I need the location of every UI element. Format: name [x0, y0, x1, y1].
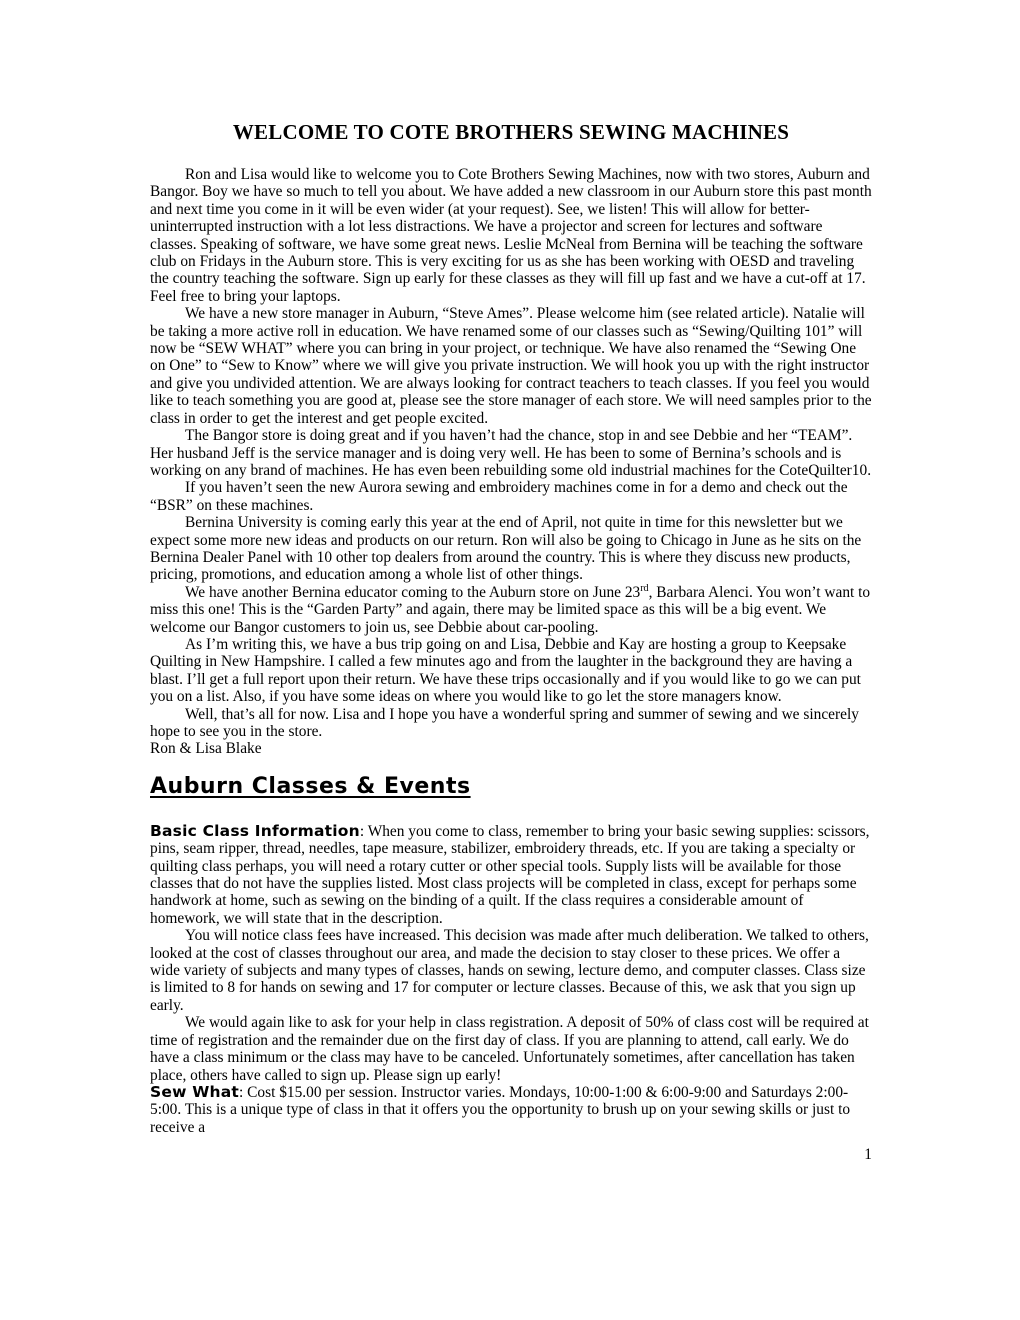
paragraph-store-manager: We have a new store manager in Auburn, “…: [150, 305, 872, 427]
sew-what-text: : Cost $15.00 per session. Instructor va…: [150, 1084, 850, 1136]
paragraph-welcome: Ron and Lisa would like to welcome you t…: [150, 166, 872, 305]
ordinal-superscript: rd: [640, 583, 648, 594]
paragraph-class-fees: You will notice class fees have increase…: [150, 927, 872, 1014]
signature: Ron & Lisa Blake: [150, 740, 872, 757]
sew-what-label: Sew What: [150, 1083, 239, 1101]
paragraph-bernina-educator: We have another Bernina educator coming …: [150, 584, 872, 636]
section-heading-auburn-classes: Auburn Classes & Events: [150, 773, 872, 801]
paragraph-bangor-store: The Bangor store is doing great and if y…: [150, 427, 872, 479]
paragraph-bernina-university: Bernina University is coming early this …: [150, 514, 872, 584]
paragraph-basic-class-info: Basic Class Information: When you come t…: [150, 823, 872, 927]
paragraph-registration: We would again like to ask for your help…: [150, 1014, 872, 1084]
educator-text-before: We have another Bernina educator coming …: [185, 584, 640, 601]
basic-class-info-label: Basic Class Information: [150, 822, 360, 840]
paragraph-closing: Well, that’s all for now. Lisa and I hop…: [150, 706, 872, 741]
paragraph-sew-what: Sew What: Cost $15.00 per session. Instr…: [150, 1084, 872, 1136]
page-number: 1: [150, 1146, 872, 1163]
document-page: WELCOME TO COTE BROTHERS SEWING MACHINES…: [0, 0, 1020, 1320]
paragraph-aurora-machines: If you haven’t seen the new Aurora sewin…: [150, 479, 872, 514]
paragraph-bus-trip: As I’m writing this, we have a bus trip …: [150, 636, 872, 706]
document-title: WELCOME TO COTE BROTHERS SEWING MACHINES: [150, 120, 872, 145]
